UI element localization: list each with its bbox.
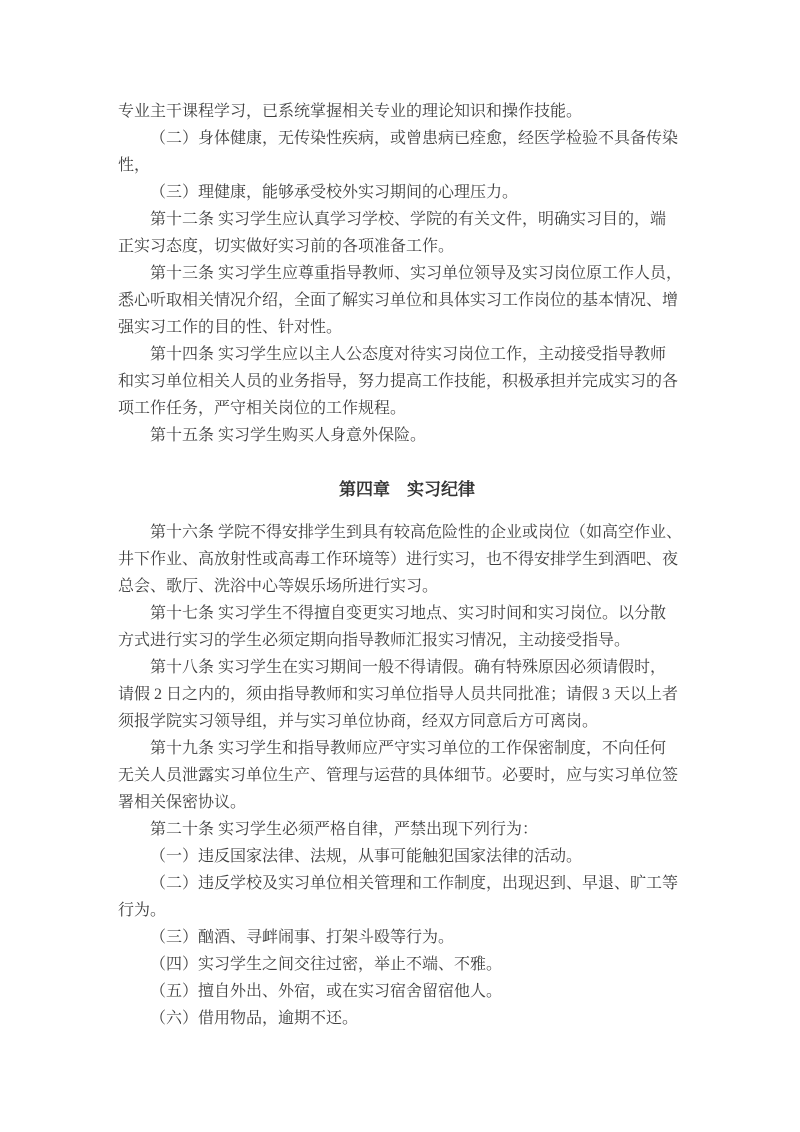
article-13: 第十三条 实习学生应尊重指导教师、实习单位领导及实习岗位原工作人员， 悉心听取相… [118, 260, 718, 341]
article-17: 第十七条 实习学生不得擅自变更实习地点、实习时间和实习岗位。以分散 方式进行实习… [118, 600, 718, 654]
prohibited-item-1: （一）违反国家法律、法规，从事可能触犯国家法律的活动。 [118, 843, 718, 870]
article-12: 第十二条 实习学生应认真学习学校、学院的有关文件，明确实习目的，端 正实习态度，… [118, 206, 718, 260]
continued-paragraph: 专业主干课程学习，已系统掌握相关专业的理论知识和操作技能。 [118, 98, 718, 125]
prohibited-item-6: （六）借用物品，逾期不还。 [118, 1005, 718, 1032]
document-body: 专业主干课程学习，已系统掌握相关专业的理论知识和操作技能。 （二）身体健康，无传… [118, 98, 718, 1032]
article-19: 第十九条 实习学生和指导教师应严守实习单位的工作保密制度，不向任何 无关人员泄露… [118, 735, 718, 816]
prohibited-item-2: （二）违反学校及实习单位相关管理和工作制度，出现迟到、早退、旷工等 行为。 [118, 870, 718, 924]
chapter-4-heading: 第四章 实习纪律 [118, 476, 696, 503]
document-page: 专业主干课程学习，已系统掌握相关专业的理论知识和操作技能。 （二）身体健康，无传… [0, 0, 800, 1132]
article-16: 第十六条 学院不得安排学生到具有较高危险性的企业或岗位（如高空作业、 井下作业、… [118, 519, 718, 600]
article-20: 第二十条 实习学生必须严格自律，严禁出现下列行为： [118, 816, 718, 843]
prohibited-item-4: （四）实习学生之间交往过密，举止不端、不雅。 [118, 951, 718, 978]
prohibited-item-3: （三）酗酒、寻衅闹事、打架斗殴等行为。 [118, 924, 718, 951]
article-18: 第十八条 实习学生在实习期间一般不得请假。确有特殊原因必须请假时， 请假 2 日… [118, 654, 718, 735]
condition-item-2: （二）身体健康，无传染性疾病，或曾患病已痊愈，经医学检验不具备传染 性， [118, 125, 718, 179]
prohibited-item-5: （五）擅自外出、外宿，或在实习宿舍留宿他人。 [118, 978, 718, 1005]
condition-item-3: （三）理健康，能够承受校外实习期间的心理压力。 [118, 179, 718, 206]
article-15: 第十五条 实习学生购买人身意外保险。 [118, 422, 718, 449]
article-14: 第十四条 实习学生应以主人公态度对待实习岗位工作，主动接受指导教师 和实习单位相… [118, 341, 718, 422]
